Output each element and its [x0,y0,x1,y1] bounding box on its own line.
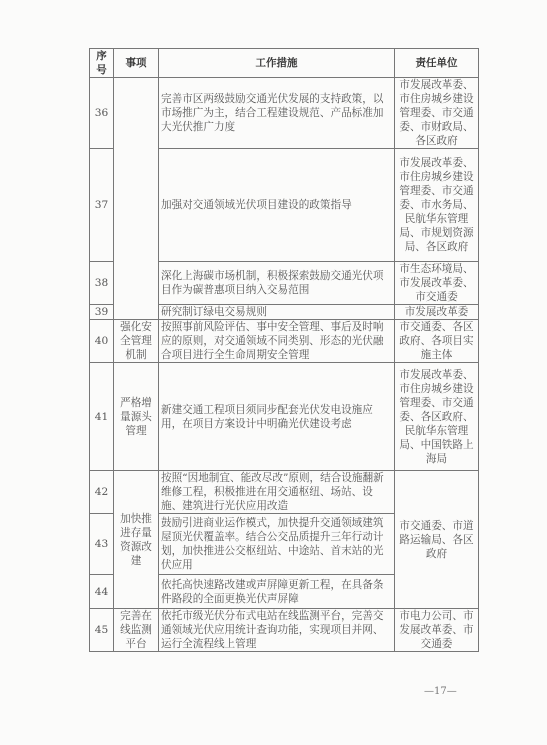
row-num: 38 [90,262,114,305]
table-row: 36 完善市区两级鼓励交通光伏发展的支持政策，以市场推广为主，结合工程建设规范、… [90,78,479,149]
row-item: 完善在线监测平台 [114,609,159,652]
row-unit: 市电力公司、市发展改革委、市交通委 [395,609,479,652]
row-item-empty [114,78,159,320]
row-unit: 市生态环境局、市发展改革委、市交通委 [395,262,479,305]
row-unit: 市发展改革委、市住房城乡建设管理委、市交通委、各区政府、民航华东管理局、中国铁路… [395,363,479,471]
row-unit: 市交通委、市道路运输局、各区政府 [395,471,479,609]
row-measure: 依托市级光伏分布式电站在线监测平台，完善交通领域光伏应用统计查询功能，实现项目并… [159,609,395,652]
table-row: 40 强化安全管理机制 按照事前风险评估、事中安全管理、事后及时响应的原则，对交… [90,320,479,363]
row-num: 42 [90,471,114,514]
row-num: 45 [90,609,114,652]
row-unit: 市交通委、各区政府、各项目实施主体 [395,320,479,363]
table-row: 42 加快推进存量资源改建 按照“因地制宜、能改尽改”原则，结合设施翻新维修工程… [90,471,479,514]
row-num: 43 [90,514,114,575]
header-item: 事项 [114,49,159,78]
row-num: 44 [90,575,114,609]
row-measure: 研究制订绿电交易规则 [159,305,395,320]
header-num: 序号 [90,49,114,78]
row-num: 39 [90,305,114,320]
row-measure: 新建交通工程项目须同步配套光伏发电设施应用，在项目方案设计中明确光伏建设考虑 [159,363,395,471]
row-unit: 市发展改革委 [395,305,479,320]
row-item: 加快推进存量资源改建 [114,471,159,609]
row-measure: 加强对交通领域光伏项目建设的政策指导 [159,149,395,262]
table-header-row: 序号 事项 工作措施 责任单位 [90,49,479,78]
row-measure: 按照事前风险评估、事中安全管理、事后及时响应的原则，对交通领域不同类别、形态的光… [159,320,395,363]
row-measure: 深化上海碳市场机制，积极探索鼓励交通光伏项目作为碳普惠项目纳入交易范围 [159,262,395,305]
header-unit: 责任单位 [395,49,479,78]
row-item: 严格增量源头管理 [114,363,159,471]
row-num: 40 [90,320,114,363]
row-num: 41 [90,363,114,471]
header-measure: 工作措施 [159,49,395,78]
row-measure: 完善市区两级鼓励交通光伏发展的支持政策，以市场推广为主，结合工程建设规范、产品标… [159,78,395,149]
measures-table: 序号 事项 工作措施 责任单位 36 完善市区两级鼓励交通光伏发展的支持政策，以… [89,48,479,652]
row-measure: 鼓励引进商业运作模式，加快提升交通领域建筑屋顶光伏覆盖率。结合公交品质提升三年行… [159,514,395,575]
table-row: 41 严格增量源头管理 新建交通工程项目须同步配套光伏发电设施应用，在项目方案设… [90,363,479,471]
row-num: 36 [90,78,114,149]
page-number: —17— [424,686,457,697]
row-unit: 市发展改革委、市住房城乡建设管理委、市交通委、市水务局、民航华东管理局、市规划资… [395,149,479,262]
row-measure: 按照“因地制宜、能改尽改”原则，结合设施翻新维修工程，积极推进在用交通枢纽、场站… [159,471,395,514]
row-unit: 市发展改革委、市住房城乡建设管理委、市交通委、市财政局、各区政府 [395,78,479,149]
row-item: 强化安全管理机制 [114,320,159,363]
row-num: 37 [90,149,114,262]
row-measure: 依托高快速路改建或声屏障更新工程，在具备条件路段的全面更换光伏声屏障 [159,575,395,609]
table-row: 45 完善在线监测平台 依托市级光伏分布式电站在线监测平台，完善交通领域光伏应用… [90,609,479,652]
